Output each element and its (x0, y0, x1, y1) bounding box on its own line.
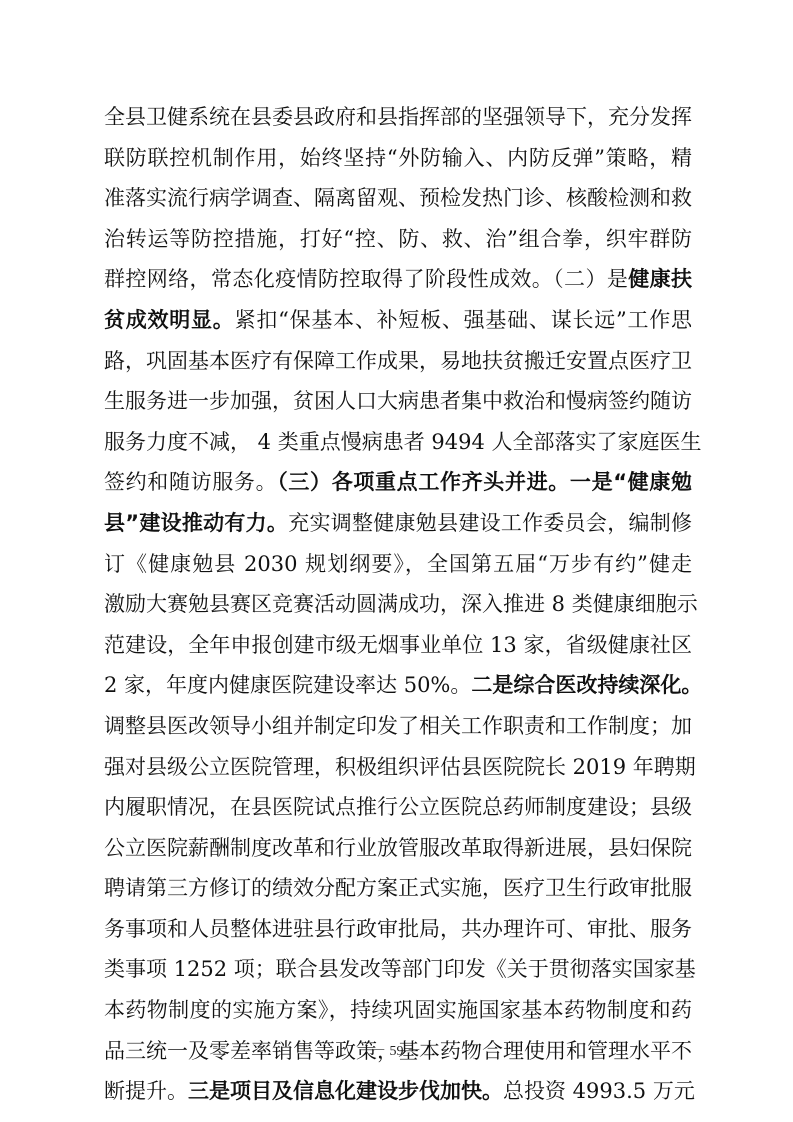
text-line: 本药物制度的实施方案》，持续巩固实施国家基本药物制度和药 (104, 990, 692, 1031)
text-line: 公立医院薪酬制度改革和行业放管服改革取得新进展，县妇保院 (104, 828, 692, 869)
text-line: 生服务进一步加强，贫困人口大病患者集中救治和慢病签约随访 (104, 381, 692, 422)
text-line: 范建设，全年申报创建市级无烟事业单位 13 家，省级健康社区 (104, 625, 692, 666)
text-line: 聘请第三方修订的绩效分配方案正式实施，医疗卫生行政审批服 (104, 868, 692, 909)
body-text-run: 类事项 1252 项；联合县发改等部门印发《关于贯彻落实国家基 (104, 957, 696, 981)
body-text-run: 服务力度不减， 4 类重点慢病患者 9494 人全部落实了家庭医生 (104, 430, 702, 454)
body-text-run: 群控网络，常态化疫情防控取得了阶段性成效。（二）是 (104, 267, 628, 291)
text-line: 服务力度不减， 4 类重点慢病患者 9494 人全部落实了家庭医生 (104, 422, 692, 463)
bold-heading-text: 三是项目及信息化建设步伐加快。 (188, 1079, 503, 1103)
bold-heading-text: 二是综合医改持续深化。 (471, 673, 702, 697)
body-text-run: 联防联控机制作用，始终坚持“外防输入、内防反弹”策略，精 (104, 146, 692, 170)
bold-heading-text: 县”建设推动有力。 (104, 511, 288, 535)
text-line: 签约和随访服务。（三）各项重点工作齐头并进。一是“健康勉 (104, 462, 692, 503)
text-line: 2 家，年度内健康医院建设率达 50%。二是综合医改持续深化。 (104, 665, 692, 706)
body-paragraph: 全县卫健系统在县委县政府和县指挥部的坚强领导下，充分发挥联防联控机制作用，始终坚… (104, 97, 692, 1112)
text-line: 类事项 1252 项；联合县发改等部门印发《关于贯彻落实国家基 (104, 949, 692, 990)
body-text-run: 紧扣“保基本、补短板、强基础、谋长远”工作思 (235, 308, 692, 332)
text-line: 联防联控机制作用，始终坚持“外防输入、内防反弹”策略，精 (104, 138, 692, 179)
text-line: 内履职情况，在县医院试点推行公立医院总药师制度建设；县级 (104, 787, 692, 828)
text-line: 断提升。三是项目及信息化建设步伐加快。总投资 4993.5 万元 (104, 1071, 692, 1112)
text-line: 订《健康勉县 2030 规划纲要》，全国第五届“万步有约”健走 (104, 544, 692, 585)
text-line: 路，巩固基本医疗有保障工作成果，易地扶贫搬迁安置点医疗卫 (104, 341, 692, 382)
text-line: 县”建设推动有力。充实调整健康勉县建设工作委员会，编制修 (104, 503, 692, 544)
body-text-run: 调整县医改领导小组并制定印发了相关工作职责和工作制度；加 (104, 714, 692, 738)
bold-heading-text: （三）各项重点工作齐头并进。一是“健康勉 (277, 470, 692, 494)
text-line: 务事项和人员整体进驻县行政审批局，共办理许可、审批、服务 (104, 909, 692, 950)
text-line: 准落实流行病学调查、隔离留观、预检发热门诊、核酸检测和救 (104, 178, 692, 219)
body-text-run: 务事项和人员整体进驻县行政审批局，共办理许可、审批、服务 (104, 917, 692, 941)
body-text-run: 内履职情况，在县医院试点推行公立医院总药师制度建设；县级 (104, 795, 692, 819)
body-text-run: 激励大赛勉县赛区竞赛活动圆满成功，深入推进 8 类健康细胞示 (104, 592, 698, 616)
body-text-run: 强对县级公立医院管理，积极组织评估县医院院长 2019 年聘期 (104, 755, 696, 779)
body-text-run: 聘请第三方修订的绩效分配方案正式实施，医疗卫生行政审批服 (104, 876, 692, 900)
bold-heading-text: 健康扶 (628, 267, 692, 291)
body-text-run: 总投资 4993.5 万元 (503, 1079, 695, 1103)
body-text-run: 公立医院薪酬制度改革和行业放管服改革取得新进展，县妇保院 (104, 836, 692, 860)
body-text-run: 准落实流行病学调查、隔离留观、预检发热门诊、核酸检测和救 (104, 186, 692, 210)
body-text-run: 订《健康勉县 2030 规划纲要》，全国第五届“万步有约”健走 (104, 552, 692, 576)
text-line: 调整县医改领导小组并制定印发了相关工作职责和工作制度；加 (104, 706, 692, 747)
text-line: 治转运等防控措施，打好“控、防、救、治”组合拳，织牢群防 (104, 219, 692, 260)
body-text-run: 签约和随访服务。 (104, 470, 277, 494)
document-page: 全县卫健系统在县委县政府和县指挥部的坚强领导下，充分发挥联防联控机制作用，始终坚… (0, 0, 793, 1122)
body-text-run: 本药物制度的实施方案》，持续巩固实施国家基本药物制度和药 (104, 998, 692, 1022)
text-line: 群控网络，常态化疫情防控取得了阶段性成效。（二）是健康扶 (104, 259, 692, 300)
body-text-run: 路，巩固基本医疗有保障工作成果，易地扶贫搬迁安置点医疗卫 (104, 349, 692, 373)
page-number: － 59 － (0, 1040, 793, 1060)
text-line: 激励大赛勉县赛区竞赛活动圆满成功，深入推进 8 类健康细胞示 (104, 584, 692, 625)
body-text-run: 2 家，年度内健康医院建设率达 50%。 (104, 673, 471, 697)
text-line: 贫成效明显。紧扣“保基本、补短板、强基础、谋长远”工作思 (104, 300, 692, 341)
body-text-run: 全县卫健系统在县委县政府和县指挥部的坚强领导下，充分发挥 (104, 105, 692, 129)
body-text-run: 范建设，全年申报创建市级无烟事业单位 13 家，省级健康社区 (104, 633, 692, 657)
body-text-run: 治转运等防控措施，打好“控、防、救、治”组合拳，织牢群防 (104, 227, 692, 251)
text-line: 全县卫健系统在县委县政府和县指挥部的坚强领导下，充分发挥 (104, 97, 692, 138)
bold-heading-text: 贫成效明显。 (104, 308, 235, 332)
body-text-run: 断提升。 (104, 1079, 188, 1103)
body-text-run: 生服务进一步加强，贫困人口大病患者集中救治和慢病签约随访 (104, 389, 692, 413)
text-line: 强对县级公立医院管理，积极组织评估县医院院长 2019 年聘期 (104, 747, 692, 788)
body-text-run: 充实调整健康勉县建设工作委员会，编制修 (288, 511, 692, 535)
